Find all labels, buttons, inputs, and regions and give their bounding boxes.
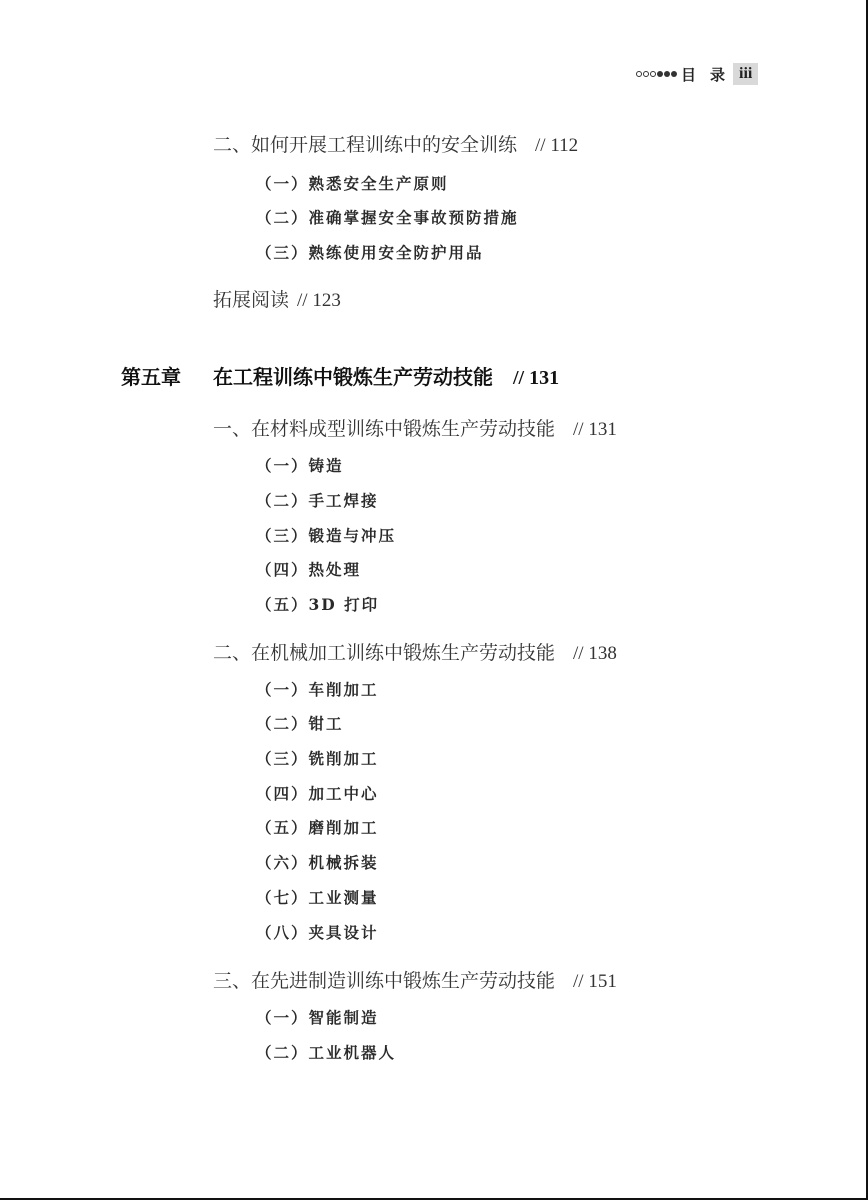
toc-extended-reading[interactable]: 拓展阅读// 123 xyxy=(213,285,341,312)
toc-subsection[interactable]: （四）热处理 xyxy=(256,558,361,580)
toc-section-title: 二、如何开展工程训练中的安全训练 xyxy=(213,134,517,156)
toc-section[interactable]: 二、在机械加工训练中锻炼生产劳动技能// 138 xyxy=(213,638,617,665)
toc-subsection[interactable]: （五）3D 打印 xyxy=(256,593,379,615)
toc-subsection[interactable]: （八）夹具设计 xyxy=(256,921,379,943)
toc-section[interactable]: 二、如何开展工程训练中的安全训练// 112 xyxy=(213,130,578,157)
toc-subsection[interactable]: （二）钳工 xyxy=(256,712,344,734)
running-head-title-2: 录 xyxy=(710,64,725,85)
toc-chapter[interactable]: 第五章在工程训练中锻炼生产劳动技能// 131 xyxy=(121,361,559,390)
toc-section-title: 三、在先进制造训练中锻炼生产劳动技能 xyxy=(213,970,555,992)
toc-subsection[interactable]: （七）工业测量 xyxy=(256,886,379,908)
toc-page-ref: // 138 xyxy=(573,643,617,664)
toc-subsection[interactable]: （三）锻造与冲压 xyxy=(256,524,396,546)
toc-subsection[interactable]: （一）熟悉安全生产原则 xyxy=(256,172,449,194)
ornament-dots-icon xyxy=(636,71,677,77)
toc-page-ref: // 131 xyxy=(513,367,559,389)
toc-subsection[interactable]: （一）铸造 xyxy=(256,454,344,476)
toc-section-title: 一、在材料成型训练中锻炼生产劳动技能 xyxy=(213,418,555,440)
toc-section[interactable]: 一、在材料成型训练中锻炼生产劳动技能// 131 xyxy=(213,414,617,441)
running-head-title-1: 目 xyxy=(681,64,696,85)
running-head: 目 录 iii xyxy=(636,62,758,86)
toc-subsection[interactable]: （六）机械拆装 xyxy=(256,851,379,873)
toc-subsection[interactable]: （二）准确掌握安全事故预防措施 xyxy=(256,206,519,228)
toc-section[interactable]: 三、在先进制造训练中锻炼生产劳动技能// 151 xyxy=(213,966,617,993)
toc-page-ref: // 151 xyxy=(573,971,617,992)
toc-page-ref: // 123 xyxy=(297,290,341,311)
toc-subsection[interactable]: （二）工业机器人 xyxy=(256,1041,396,1063)
toc-page-ref: // 131 xyxy=(573,419,617,440)
toc-subsection[interactable]: （三）铣削加工 xyxy=(256,747,379,769)
chapter-title: 在工程训练中锻炼生产劳动技能 xyxy=(213,365,493,389)
page-number: iii xyxy=(733,63,758,85)
toc-subsection[interactable]: （四）加工中心 xyxy=(256,782,379,804)
toc-section-title: 二、在机械加工训练中锻炼生产劳动技能 xyxy=(213,642,555,664)
toc-section-title: 拓展阅读 xyxy=(213,289,289,311)
toc-page-ref: // 112 xyxy=(535,135,578,156)
toc-subsection[interactable]: （五）磨削加工 xyxy=(256,816,379,838)
chapter-label: 第五章 xyxy=(121,361,213,390)
toc-subsection[interactable]: （一）车削加工 xyxy=(256,678,379,700)
toc-subsection[interactable]: （二）手工焊接 xyxy=(256,489,379,511)
toc-subsection[interactable]: （一）智能制造 xyxy=(256,1006,379,1028)
book-page: 目 录 iii 二、如何开展工程训练中的安全训练// 112 （一）熟悉安全生产… xyxy=(0,0,868,1200)
toc-subsection[interactable]: （三）熟练使用安全防护用品 xyxy=(256,241,484,263)
